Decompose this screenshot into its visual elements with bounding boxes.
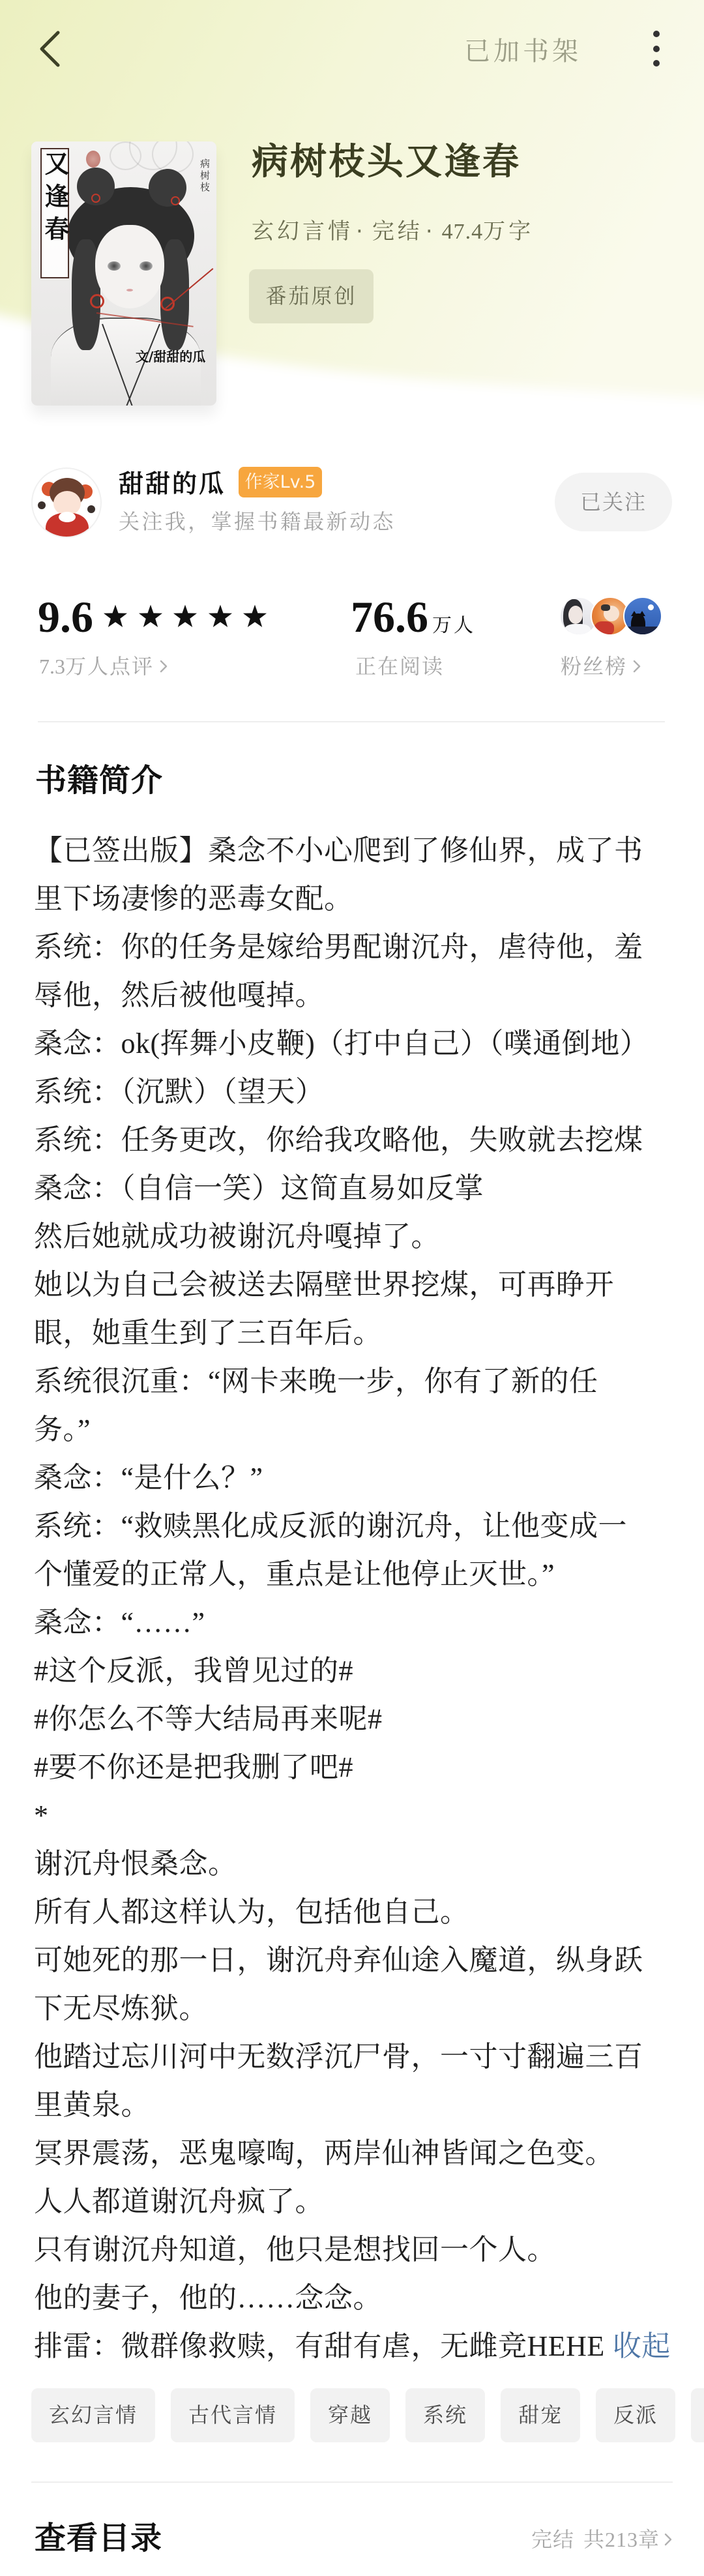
intro-warning-text: 排雷：微群像救赎，有甜有虐，无雌竞HEHE [34,2330,605,2362]
intro-line: 人人都道谢沉舟疯了。 [34,2178,679,2226]
intro-paragraph: 桑念：（自信一笑）这简直易如反掌 [34,1164,679,1213]
cover-red-knot [91,194,100,203]
intro-line: #要不你还是把我删了吧# [34,1743,679,1792]
cover-seal [86,151,100,168]
star-filled-icon [103,604,128,629]
intro-line: 系统：“救赎黑化成反派的谢沉舟，让他变成一 [34,1502,679,1550]
intro-paragraph: 排雷：微群像救赎，有甜有虐，无雌竞HEHE收起 [34,2322,679,2371]
intro-paragraph: 只有谢沉舟知道，他只是想找回一个人。 [34,2226,679,2274]
chevron-left-icon [37,29,65,69]
intro-line: 里黄泉。 [34,2081,679,2129]
intro-paragraph: 她以为自己会被送去隔壁世界挖煤，可再睁开 眼，她重生到了三百年后。 [34,1261,679,1357]
intro-line: 桑念：“……” [34,1599,679,1647]
catalog-chapter-number: 213 [605,2527,638,2552]
avatar-collar [59,512,76,522]
fan-avatar-camera [601,604,610,611]
meta-separator: · [356,218,363,244]
tag-list[interactable]: 玄幻言情 古代言情 穿越 系统 甜宠 反派 [31,2388,704,2442]
fan-avatar-cat-ear [631,611,638,616]
cover-side-text: 病树枝 [199,158,210,194]
intro-line: 系统：（沉默）（望天） [34,1068,679,1116]
rating-stars [103,604,278,629]
fan-avatar-body [565,624,591,636]
stats-divider [38,721,665,722]
intro-paragraph: 所有人都这样认为，包括他自己。 [34,1888,679,1936]
cover-author-credit: 文/甜甜的瓜 [136,349,205,364]
intro-paragraph: 冥界震荡，恶鬼嚎啕，两岸仙神皆闻之色变。 [34,2129,679,2178]
tag-chip[interactable]: 穿越 [310,2388,390,2442]
intro-line: 她以为自己会被送去隔壁世界挖煤，可再睁开 [34,1261,679,1309]
author-tagline: 关注我，掌握书籍最新动态 [119,509,396,535]
intro-line: #你怎么不等大结局再来呢# [34,1695,679,1743]
tag-chip[interactable]: 甜宠 [501,2388,580,2442]
cover-cloud-decoration [110,141,141,170]
intro-paragraph: 可她死的那一日，谢沉舟弃仙途入魔道，纵身跃 下无尽炼狱。 [34,1936,679,2033]
intro-paragraph: 系统：任务更改，你给我攻略他，失败就去挖煤 [34,1116,679,1164]
catalog-divider [31,2481,673,2483]
intro-line: 然后她就成功被谢沉舟嘎掉了。 [34,1213,679,1261]
readers-number: 76.6 [351,592,428,642]
fan-avatar-ledge [624,627,662,636]
intro-paragraph: 他踏过忘川河中无数浮沉尸骨，一寸寸翻遍三百 里黄泉。 [34,2033,679,2129]
intro-line: 桑念：（自信一笑）这简直易如反掌 [34,1164,679,1213]
rating-score: 9.6 [38,595,93,639]
fan-avatar[interactable] [623,597,662,636]
intro-line: 系统：你的任务是嫁给男配谢沉舟，虐待他，羞 [34,923,679,971]
tag-chip[interactable]: 系统 [405,2388,485,2442]
cover-hair-strand [160,239,189,350]
tag-chip[interactable]: 反派 [596,2388,675,2442]
intro-paragraph: 桑念：“……” [34,1599,679,1647]
intro-paragraph: 谢沉舟恨桑念。 [34,1840,679,1888]
intro-body: 【已签出版】桑念不小心爬到了修仙界，成了书 里下场凄惨的恶毒女配。 系统：你的任… [34,827,679,2371]
fan-avatar-moon [648,604,654,610]
cover-red-knot [171,196,180,205]
fans-leaderboard-link[interactable]: 粉丝榜 [561,654,641,679]
intro-line: 桑念：ok(挥舞小皮鞭)（打中自己）（噗通倒地） [34,1020,679,1068]
intro-line: #这个反派，我曾见过的# [34,1647,679,1695]
catalog-status: 完结 [531,2527,574,2552]
avatar-decoration [87,505,95,513]
reviews-label: 万人点评 [65,654,154,679]
dot [653,31,660,37]
intro-paragraph: 系统：你的任务是嫁给男配谢沉舟，虐待他，羞 辱他，然后被他嘎掉。 [34,923,679,1020]
tag-chip[interactable]: 古代言情 [171,2388,295,2442]
intro-line: 系统：任务更改，你给我攻略他，失败就去挖煤 [34,1116,679,1164]
catalog-chapter-suffix: 章 [638,2527,660,2552]
intro-line: 个懂爱的正常人，重点是让他停止灭世。” [34,1550,679,1599]
follow-button[interactable]: 已关注 [555,473,672,531]
intro-paragraph: 系统：“救赎黑化成反派的谢沉舟，让他变成一 个懂爱的正常人，重点是让他停止灭世。… [34,1502,679,1599]
chevron-right-icon [664,2532,673,2547]
intro-line: 务。” [34,1406,679,1454]
cover-eye [108,261,121,271]
book-category: 玄幻言情 [252,218,353,244]
author-avatar[interactable] [31,467,102,538]
intro-paragraph: 系统：（沉默）（望天） [34,1068,679,1116]
catalog-heading[interactable]: 查看目录 [35,2521,162,2556]
intro-paragraph: 然后她就成功被谢沉舟嘎掉了。 [34,1213,679,1261]
word-count-unit: 万字 [483,218,534,244]
catalog-link[interactable]: 完结 共213章 [531,2527,673,2552]
readers-label: 正在阅读 [355,654,444,679]
cover-red-knot [90,294,104,308]
cover-hair-bun [149,169,186,207]
intro-paragraph: 人人都道谢沉舟疯了。 [34,2178,679,2226]
intro-paragraph: 桑念：“是什么？” [34,1454,679,1502]
intro-line-last: 排雷：微群像救赎，有甜有虐，无雌竞HEHE收起 [34,2322,679,2371]
intro-line: 只有谢沉舟知道，他只是想找回一个人。 [34,2226,679,2274]
intro-paragraph: #你怎么不等大结局再来呢# [34,1695,679,1743]
intro-paragraph: * [34,1792,679,1840]
intro-line: 【已签出版】桑念不小心爬到了修仙界，成了书 [34,827,679,875]
tag-chip[interactable]: 玄幻言情 [31,2388,155,2442]
dot [653,60,660,67]
book-cover[interactable]: 又逢春 病树枝 文/甜甜的瓜 [31,141,216,406]
author-level-badge: 作家Lv.5 [239,467,322,497]
cover-vertical-title: 又逢春 [42,151,68,248]
book-title: 病树枝头又逢春 [252,141,521,184]
intro-paragraph: #这个反派，我曾见过的# [34,1647,679,1695]
intro-paragraph: 系统很沉重：“网卡来晚一步，你有了新的任 务。” [34,1357,679,1454]
source-tag: 番茄原创 [249,269,374,323]
back-button[interactable] [37,29,65,69]
catalog-chapter-prefix: 共 [583,2527,605,2552]
book-detail-page: 已加书架 又逢春 病树枝 文/甜甜的瓜 [0,0,704,2576]
cover-red-knot [160,297,175,311]
chevron-right-icon [632,659,641,674]
star-filled-icon [138,604,163,629]
tag-chip-partial[interactable] [691,2388,704,2442]
added-to-shelf-button[interactable]: 已加书架 [464,37,581,67]
star-filled-icon [242,604,267,629]
readers-count: 76.6万人 [351,595,475,648]
author-name[interactable]: 甜甜的瓜 [119,468,226,499]
cover-lips [126,289,133,291]
cover-eye [139,261,153,271]
reviews-number: 7.3 [39,654,65,679]
intro-paragraph: 桑念：ok(挥舞小皮鞭)（打中自己）（噗通倒地） [34,1020,679,1068]
word-count-number: 47.4 [442,220,484,244]
avatar-decoration [38,501,46,509]
book-status: 完结 [372,218,423,244]
collapse-intro-link[interactable]: 收起 [613,2330,671,2362]
intro-line: 冥界震荡，恶鬼嚎啕，两岸仙神皆闻之色变。 [34,2129,679,2178]
intro-line: 里下场凄惨的恶毒女配。 [34,875,679,923]
intro-line: * [34,1792,679,1840]
meta-separator: · [426,218,433,244]
star-filled-icon [173,604,198,629]
intro-line: 辱他，然后被他嘎掉。 [34,971,679,1020]
cover-face [95,225,164,308]
intro-line: 所有人都这样认为，包括他自己。 [34,1888,679,1936]
intro-line: 他踏过忘川河中无数浮沉尸骨，一寸寸翻遍三百 [34,2033,679,2081]
more-options-button[interactable] [645,27,667,70]
fan-avatar-body [594,621,614,636]
intro-line: 可她死的那一日，谢沉舟弃仙途入魔道，纵身跃 [34,1936,679,1985]
intro-line: 下无尽炼狱。 [34,1985,679,2033]
fan-avatar-face [568,606,583,624]
intro-paragraph: 他的妻子，他的……念念。 [34,2274,679,2322]
fan-avatar-cat-ear [639,611,645,616]
reviews-link[interactable]: 7.3万人点评 [39,654,168,679]
intro-paragraph: 【已签出版】桑念不小心爬到了修仙界，成了书 里下场凄惨的恶毒女配。 [34,827,679,923]
chevron-right-icon [159,659,168,674]
intro-line: 桑念：“是什么？” [34,1454,679,1502]
intro-line: 谢沉舟恨桑念。 [34,1840,679,1888]
intro-heading: 书籍简介 [35,763,163,798]
book-meta: 玄幻言情·完结·47.4万字 [252,218,534,246]
fans-label: 粉丝榜 [561,654,627,679]
intro-line: 他的妻子，他的……念念。 [34,2274,679,2322]
intro-line: 眼，她重生到了三百年后。 [34,1309,679,1357]
intro-line: 系统很沉重：“网卡来晚一步，你有了新的任 [34,1357,679,1406]
intro-paragraph: #要不你还是把我删了吧# [34,1743,679,1792]
dot [653,46,660,52]
star-filled-icon [208,604,233,629]
readers-unit: 万人 [432,614,475,637]
